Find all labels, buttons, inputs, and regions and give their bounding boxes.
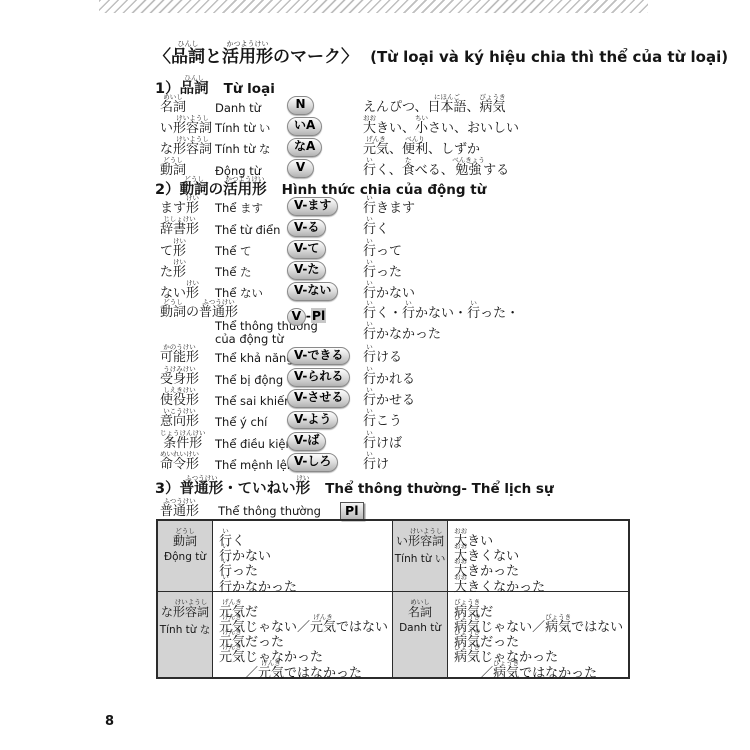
page-title: 〈品詞ひんしと活用形かつようけいのマーク〉 (Từ loại và ký hiệ…: [154, 40, 728, 67]
term-japanese: た形けい: [160, 258, 215, 280]
mark-badge: V-ます: [287, 197, 338, 216]
example-words: 行いかない: [363, 279, 620, 301]
verb-form-row: 可能形かのうけいThể khả năngV-できる行いける: [160, 343, 620, 364]
conjugation-line: 病気びょうきじゃなかった: [454, 643, 624, 658]
badge-cell: V-ない: [287, 279, 363, 301]
term-japanese: 動詞どうしの普通形ふつうけい: [160, 300, 287, 320]
badge-cell: V-て: [287, 237, 363, 259]
mark-badge: V-ば: [287, 432, 326, 451]
mark-badge: V-させる: [287, 389, 350, 408]
term-vietnamese: Thể bị động: [215, 373, 287, 387]
mark-badge: N: [287, 96, 314, 115]
mark-badge: V-る: [287, 219, 326, 238]
badge-cell: V-しろ: [287, 450, 363, 472]
example-line: 行いけ: [363, 450, 620, 472]
example-line: 行いける: [363, 343, 620, 365]
verb-form-row: 受身形うけみけいThể bị độngV-られる行いかれる: [160, 365, 620, 386]
table-header-cell: い形容詞けいようしTính từ い: [393, 520, 448, 591]
hatched-band: [99, 0, 648, 13]
example-line: 行いった: [363, 258, 620, 280]
mark-badge: V-た: [287, 261, 326, 280]
table-header-cell: な形容詞けいようしTính từ な: [157, 591, 213, 677]
table-header-cell: 動詞どうしĐộng từ: [157, 520, 213, 591]
plain-form-japanese: 普通形ふつうけい: [160, 504, 199, 519]
example-words: 行いく: [363, 215, 620, 237]
part-of-speech-row: い形容詞けいようしTính từ いいA大おおきい、小ちいさい、おいしい: [160, 114, 620, 135]
table-content-cell: 行いく行いかない行いった行いかなかった: [213, 520, 393, 591]
conjugation-line: 元気げんきだ: [219, 598, 388, 613]
example-words: 行いこう: [363, 407, 620, 429]
plain-form-badge-slot: Pl: [340, 500, 363, 519]
example-words: 行いけば: [363, 429, 620, 451]
term-japanese: 受身形うけみけい: [160, 365, 215, 387]
verb-form-row: て形けいThể てV-て行いって: [160, 237, 620, 258]
conjugation-line: 病気びょうきだ: [454, 598, 624, 613]
example-words: 行いきます: [363, 194, 620, 216]
term-vietnamese: Thể ます: [215, 200, 287, 216]
term-vietnamese: Tính từ い: [215, 120, 287, 136]
conjugation-line: 病気びょうきじゃない／病気びょうきではない: [454, 613, 624, 628]
example-words: えんぴつ、日本語にほんご、病気びょうき: [363, 93, 620, 115]
term-japanese: 使役形しえきけい: [160, 386, 215, 408]
part-of-speech-row: 動詞どうしĐộng từV行いく、食たべる、勉強べんきょうする: [160, 156, 620, 177]
example-words: 行いった: [363, 258, 620, 280]
term-japanese: 命令形めいれいけい: [160, 450, 215, 472]
verb-form-row: ない形けいThể ないV-ない行いかない: [160, 279, 620, 300]
conjugation-line: 大おおきい: [454, 527, 624, 542]
term-japanese: 可能形かのうけい: [160, 343, 215, 365]
badge-cell: V-た: [287, 258, 363, 280]
verb-form-row: 辞書形じしょけいThể từ điểnV-る行いく: [160, 215, 620, 236]
table-content-cell: 大おおきい大おおきくない大おおきかった大おおきくなかった: [448, 520, 630, 591]
term-japanese: て形けい: [160, 237, 215, 259]
section2-rows: ます形けいThể ますV-ます行いきます辞書形じしょけいThể từ điểnV…: [160, 194, 620, 471]
verb-form-row: た形けいThể たV-た行いった: [160, 258, 620, 279]
table-row: な形容詞けいようしTính từ な元気げんきだ元気げんきじゃない／元気げんきで…: [157, 591, 629, 677]
term-vietnamese: Thể た: [215, 264, 287, 280]
example-line: 行いかなかった: [363, 321, 620, 342]
term-vietnamese: Thể điều kiện: [215, 437, 287, 451]
badge-cell: V-る: [287, 216, 363, 238]
example-line: 行いかれる: [363, 365, 620, 387]
term-vietnamese: Tính từ な: [215, 141, 287, 157]
mark-badge: V-ない: [287, 282, 338, 301]
example-words: 大おおきい、小ちいさい、おいしい: [363, 114, 620, 136]
conjugation-line: 元気げんきじゃない／元気げんきではない: [219, 613, 388, 628]
badge-cell: V-よう: [287, 408, 363, 430]
term-vietnamese: Thể ý chí: [215, 415, 287, 429]
table-content-cell: 元気げんきだ元気げんきじゃない／元気げんきではない元気げんきだった元気げんきじゃ…: [213, 591, 393, 677]
example-line: 行いきます: [363, 194, 620, 216]
page-title-vietnamese: (Từ loại và ký hiệu chia thì thể của từ …: [370, 48, 728, 66]
mark-badge: Pl: [340, 502, 363, 520]
example-line: 行いかない: [363, 279, 620, 301]
mark-badge: V-しろ: [287, 453, 338, 472]
mark-badge: V-できる: [287, 347, 350, 366]
page-number: 8: [105, 714, 114, 729]
badge-cell: N: [287, 93, 363, 115]
verb-form-row: 動詞どうしの普通形ふつうけいThể thông thườngcủa động t…: [160, 300, 620, 343]
example-words: 行いける: [363, 343, 620, 365]
badge-cell: V-させる: [287, 386, 363, 408]
example-line: 行いく・行いかない・行いった・: [363, 300, 620, 321]
verb-form-row: ます形けいThể ますV-ます行いきます: [160, 194, 620, 215]
example-line: 行いこう: [363, 407, 620, 429]
plain-form-table: 動詞どうしĐộng từ行いく行いかない行いった行いかなかったい形容詞けいようし…: [156, 519, 630, 679]
term-japanese: 辞書形じしょけい: [160, 215, 215, 237]
example-words: 行いって: [363, 237, 620, 259]
plain-form-subline: 普通形ふつうけい Thể thông thường Pl: [160, 497, 364, 520]
table-row: 動詞どうしĐộng từ行いく行いかない行いった行いかなかったい形容詞けいようし…: [157, 520, 629, 591]
badge-cell: なA: [287, 135, 363, 157]
table-header-cell: 名詞めいしDanh từ: [393, 591, 448, 677]
verb-form-row: 意向形いこうけいThể ý chíV-よう行いこう: [160, 407, 620, 428]
part-of-speech-row: な形容詞けいようしTính từ ななA元気げんき、便利べんり、しずか: [160, 135, 620, 156]
mark-badge: V-られる: [287, 368, 350, 387]
term-vietnamese: Thể て: [215, 243, 287, 259]
term-japanese: 意向形いこうけい: [160, 407, 215, 429]
table-content-cell: 病気びょうきだ病気びょうきじゃない／病気びょうきではない病気びょうきだった病気び…: [448, 591, 630, 677]
section3-heading-vietnamese: Thể thông thường- Thể lịch sự: [325, 481, 553, 497]
badge-cell: V-ば: [287, 429, 363, 451]
example-words: 行いく・行いかない・行いった・行いかなかった: [363, 300, 620, 342]
term-vietnamese: Thể sai khiến: [215, 394, 287, 408]
badge-cell: V-ます: [287, 194, 363, 216]
example-line: 行いって: [363, 237, 620, 259]
section3-number: 3）: [155, 481, 180, 497]
section3-heading-japanese: 普通形ふつうけい・ていねい形けい: [180, 481, 311, 497]
term-vietnamese: Thể mệnh lệnh: [215, 458, 287, 472]
verb-form-row: 命令形めいれいけいThể mệnh lệnhV-しろ行いけ: [160, 450, 620, 471]
mark-badge: V-よう: [287, 411, 338, 430]
mark-badge: なA: [287, 138, 322, 157]
section1-rows: 名詞めいしDanh từNえんぴつ、日本語にほんご、病気びょうきい形容詞けいよう…: [160, 93, 620, 177]
badge-cell: V-できる: [287, 344, 363, 366]
term-vietnamese: Thể khả năng: [215, 351, 287, 365]
badge-cell: V-られる: [287, 365, 363, 387]
example-line: 行いけば: [363, 429, 620, 451]
badge-cell: V-Pl: [287, 300, 363, 325]
part-of-speech-row: 名詞めいしDanh từNえんぴつ、日本語にほんご、病気びょうき: [160, 93, 620, 114]
verb-form-row: 使役形しえきけいThể sai khiếnV-させる行いかせる: [160, 386, 620, 407]
mark-badge: V-て: [287, 240, 326, 259]
term-vietnamese: Danh từ: [215, 101, 287, 115]
mark-badge: いA: [287, 117, 322, 136]
term-japanese: な形容詞けいようし: [160, 135, 215, 157]
plain-form-vietnamese: Thể thông thường: [218, 504, 321, 518]
example-line: 行いく: [363, 215, 620, 237]
term-japanese: 条件形じょうけんけい: [160, 429, 215, 451]
conjugation-line: 元気げんきじゃなかった: [219, 643, 388, 658]
example-words: 行いかれる: [363, 365, 620, 387]
term-with-vietnamese: 動詞どうしの普通形ふつうけいThể thông thườngcủa động t…: [160, 300, 287, 345]
example-words: 行いかせる: [363, 386, 620, 408]
term-vietnamese: Thể từ điển: [215, 223, 287, 237]
mark-badge: V-Pl: [287, 308, 326, 323]
example-line: 行いかせる: [363, 386, 620, 408]
example-words: 行いけ: [363, 450, 620, 472]
badge-cell: いA: [287, 114, 363, 136]
term-japanese: ます形けい: [160, 194, 215, 216]
section3-heading: 3）普通形ふつうけい・ていねい形けい Thể thông thường- Thể…: [155, 474, 554, 498]
page-title-japanese: 〈品詞ひんしと活用形かつようけいのマーク〉: [154, 47, 358, 67]
example-words: 元気げんき、便利べんり、しずか: [363, 135, 620, 157]
verb-form-row: 条件形じょうけんけいThể điều kiệnV-ば行いけば: [160, 429, 620, 450]
conjugation-line: 行いく: [219, 527, 388, 542]
term-japanese: 名詞めいし: [160, 93, 215, 115]
term-japanese: い形容詞けいようし: [160, 114, 215, 136]
